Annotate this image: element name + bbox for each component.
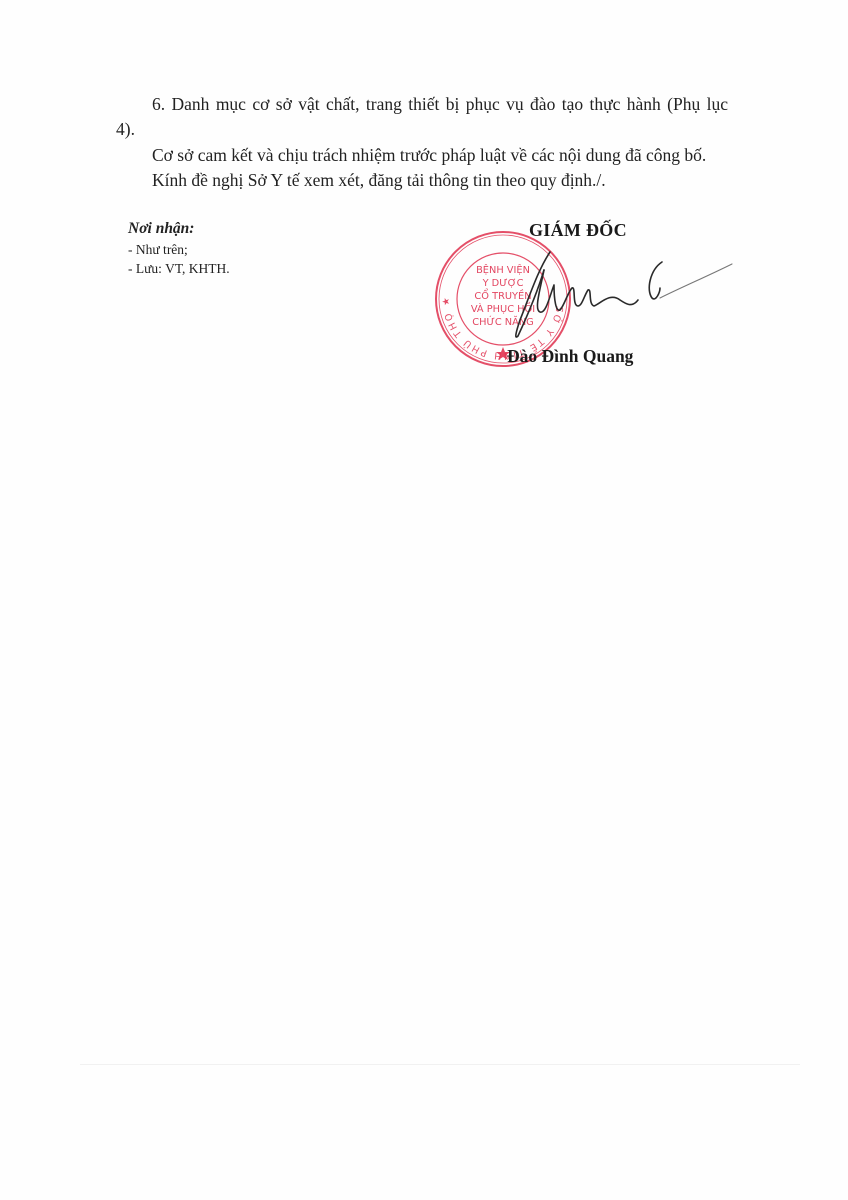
paragraph-commitment: Cơ sở cam kết và chịu trách nhiệm trước … (152, 143, 706, 167)
recipient-item: - Lưu: VT, KHTH. (128, 259, 230, 278)
recipient-item: - Như trên; (128, 240, 230, 259)
signer-name: Đào Đình Quang (507, 346, 633, 367)
document-page: 6. Danh mục cơ sở vật chất, trang thiết … (0, 0, 848, 1200)
paragraph-request: Kính đề nghị Sở Y tế xem xét, đăng tải t… (152, 168, 606, 192)
recipients-title: Nơi nhận: (128, 219, 230, 239)
recipients-block: Nơi nhận: - Như trên; - Lưu: VT, KHTH. (128, 219, 230, 278)
scan-artifact-line (80, 1064, 800, 1065)
signer-title: GIÁM ĐỐC (529, 220, 627, 241)
paragraph-item-6: 6. Danh mục cơ sở vật chất, trang thiết … (152, 92, 728, 116)
handwritten-signature-icon (500, 240, 740, 350)
paragraph-item-6-continuation: 4). (116, 117, 135, 141)
